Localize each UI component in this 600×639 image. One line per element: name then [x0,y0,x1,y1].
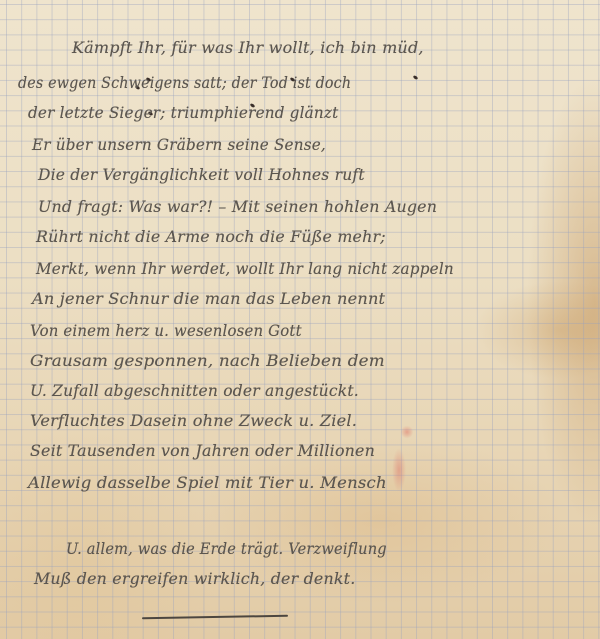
poem-line: U. Zufall abgeschnitten oder angestückt. [30,382,359,400]
poem-line: U. allem, was die Erde trägt. Verzweiflu… [66,540,387,558]
poem-line: Muß den ergreifen wirklich, der denkt. [34,570,355,588]
poem-line: Und fragt: Was war?! – Mit seinen hohlen… [38,198,437,216]
poem-line: Er über unsern Gräbern seine Sense, [32,136,326,154]
poem-line: der letzte Sieger; triumphierend glänzt [28,104,338,122]
poem-line: Grausam gesponnen, nach Belieben dem [30,352,385,370]
poem-line: Von einem herz u. wesenlosen Gott [30,322,302,340]
paper-page: Kämpft Ihr, für was Ihr wollt, ich bin m… [0,0,600,639]
poem-line: An jener Schnur die man das Leben nennt [32,290,385,308]
poem-line: Merkt, wenn Ihr werdet, wollt Ihr lang n… [36,260,454,278]
red-stain-spot [401,425,413,439]
poem-line: Die der Vergänglichkeit voll Hohnes ruft [38,166,365,184]
poem-line: Allewig dasselbe Spiel mit Tier u. Mensc… [28,474,387,492]
poem-line: Verfluchtes Dasein ohne Zweck u. Ziel. [30,412,357,430]
poem-line: Seit Tausenden von Jahren oder Millionen [30,442,375,460]
poem-line: Rührt nicht die Arme noch die Füße mehr; [36,228,386,246]
red-stain [392,448,406,492]
poem-line: Kämpft Ihr, für was Ihr wollt, ich bin m… [72,38,424,57]
poem-line: des ewgen Schweigens satt; der Tod ist d… [18,74,351,92]
